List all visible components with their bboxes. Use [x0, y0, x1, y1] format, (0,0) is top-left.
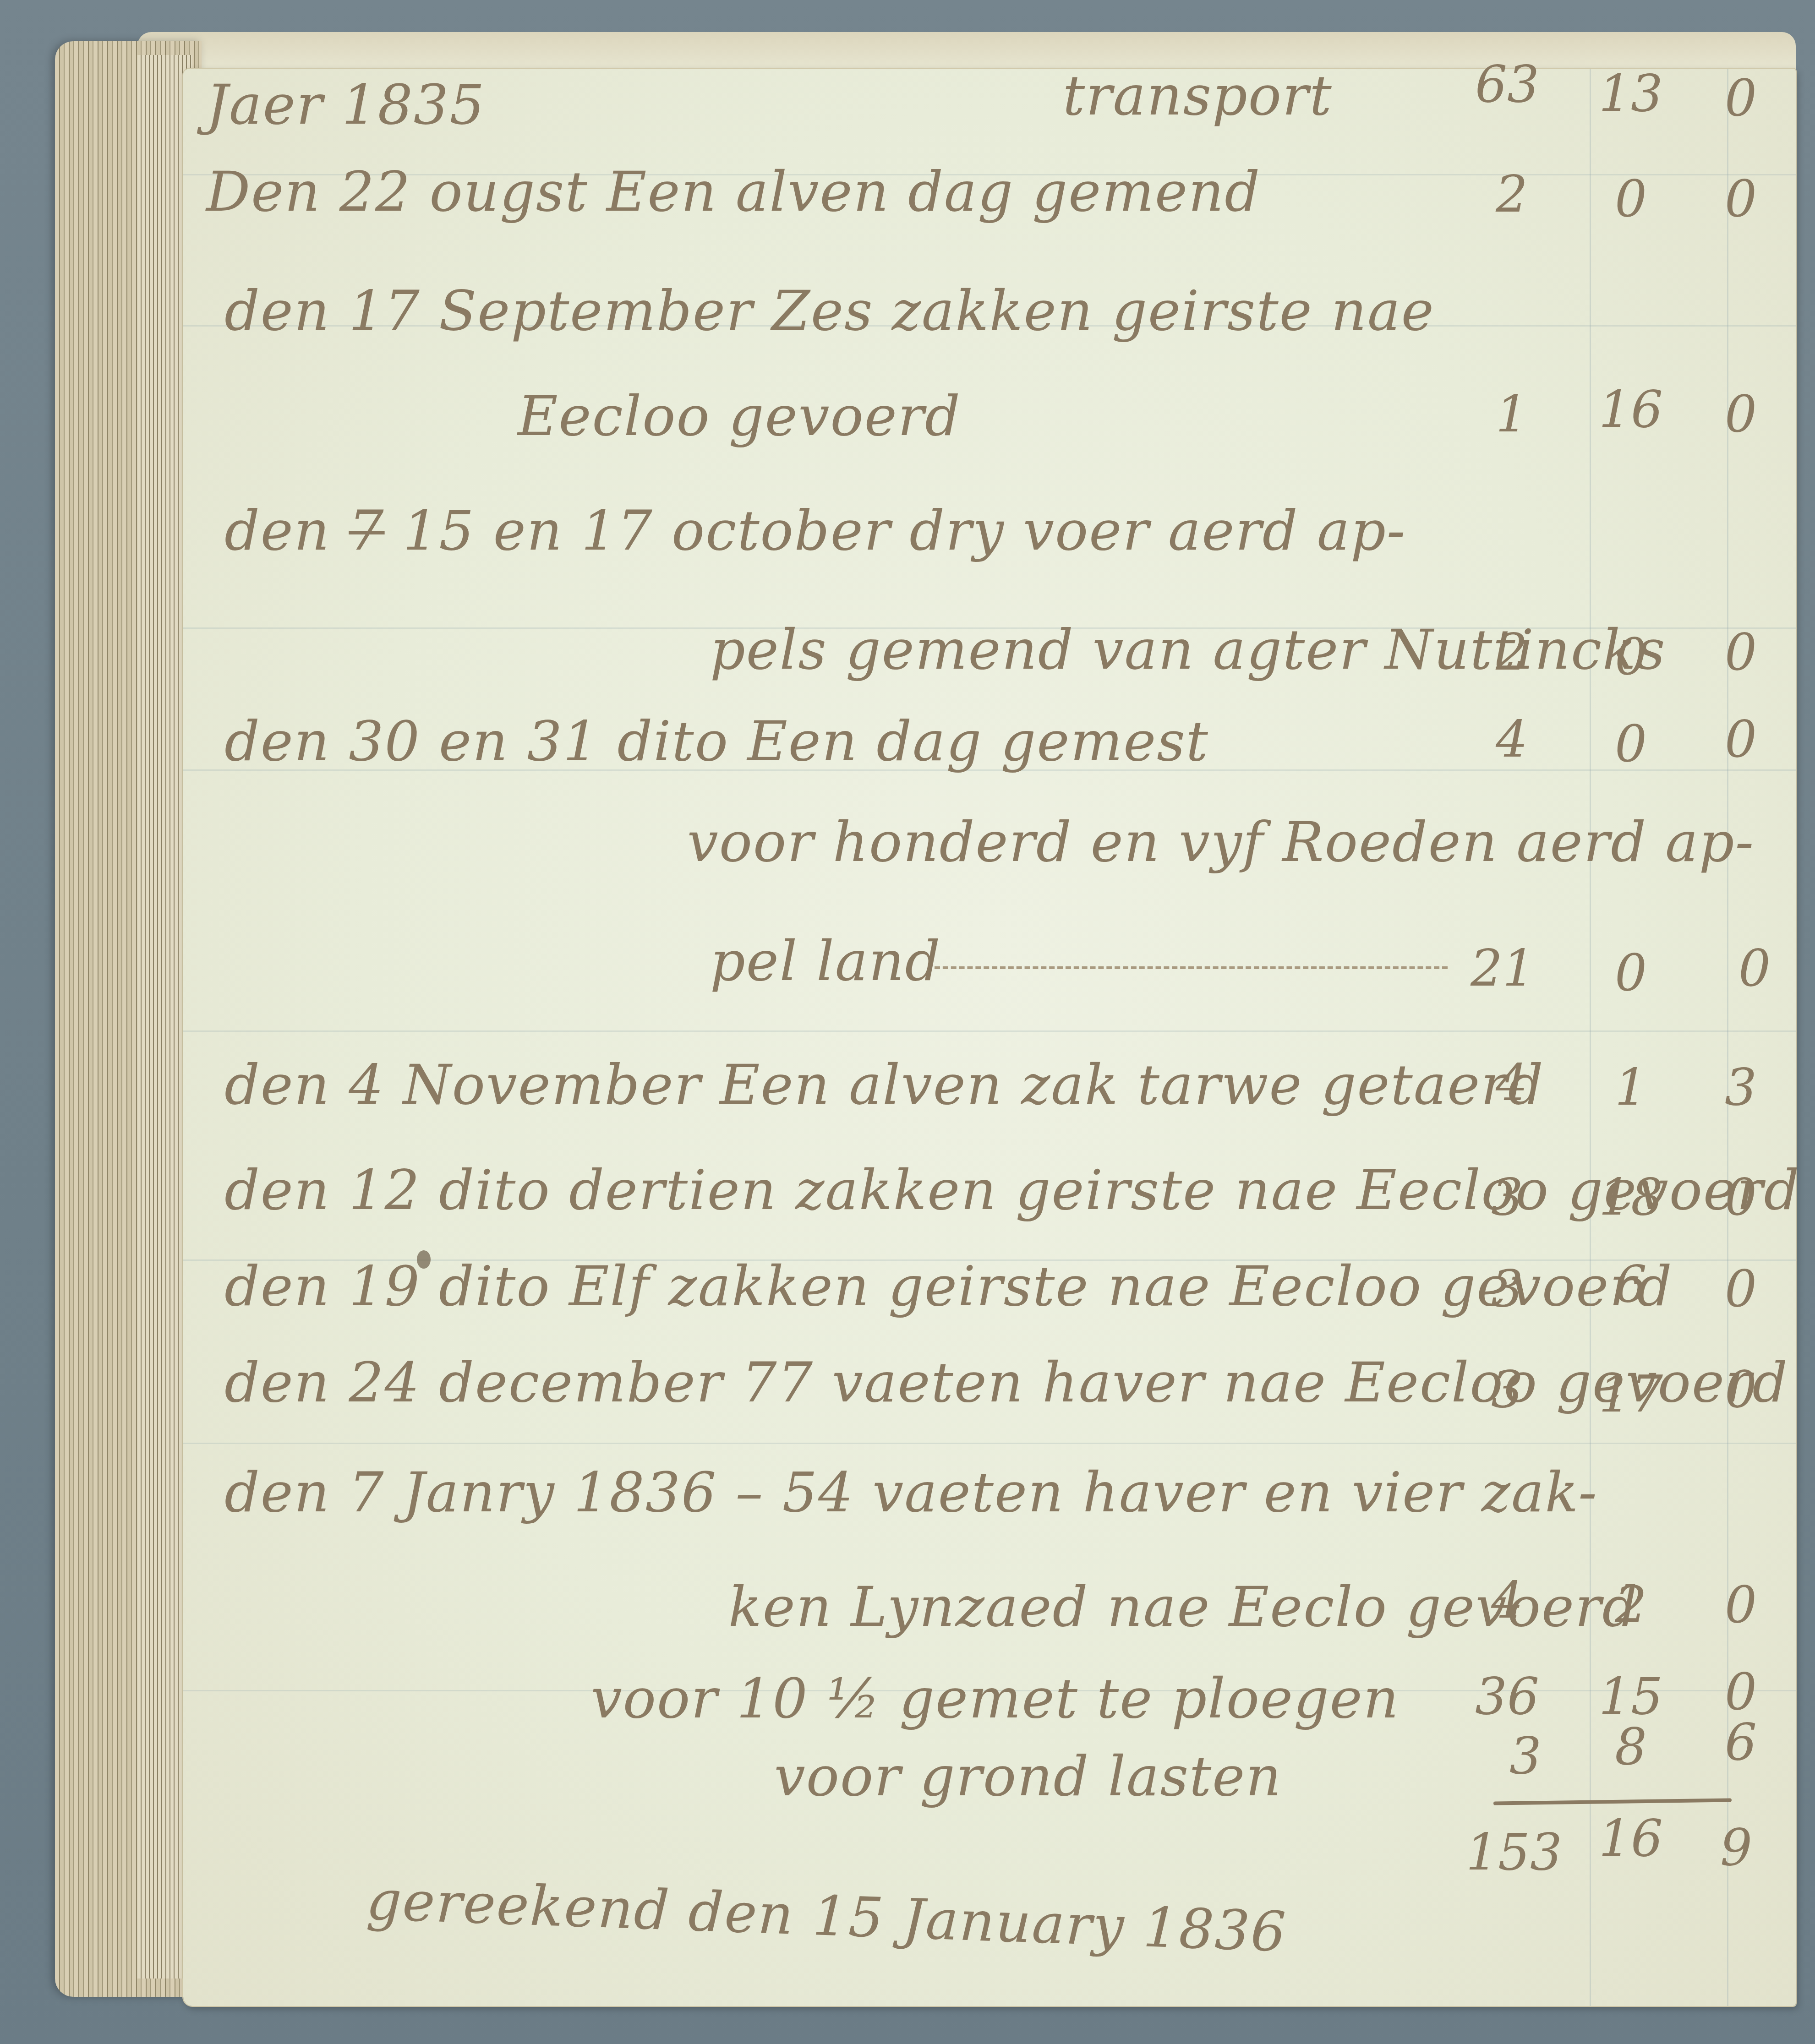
- entry-text: voor grond lasten: [774, 1745, 1282, 1809]
- amount-groot: 6: [1695, 1713, 1787, 1771]
- amount-groot: 0: [1695, 1575, 1787, 1634]
- entry-text: den 7 Janry 1836 – 54 vaeten haver en vi…: [224, 1461, 1598, 1525]
- amount-pond: 2: [1466, 623, 1558, 681]
- entry-text: voor honderd en vyf Roeden aerd ap-: [687, 811, 1755, 874]
- amount-pond: 3: [1461, 1259, 1553, 1318]
- amount-schelling: 18: [1585, 1168, 1677, 1226]
- amount-schelling: 0: [1585, 627, 1677, 686]
- entry-text: voor 10 ½ gemet te ploegen: [591, 1667, 1400, 1731]
- ledger-page: Jaer 1835 transport 63 13 0 Den 22 ougst…: [183, 69, 1796, 2006]
- amount-pond: 36: [1461, 1667, 1553, 1726]
- amount-groot: 0: [1695, 1259, 1787, 1318]
- amount-groot: 3: [1695, 1058, 1787, 1117]
- sum-underline: [1493, 1798, 1732, 1805]
- total-schelling: 16: [1585, 1809, 1677, 1868]
- entry-text: den 4 November Een alven zak tarwe getae…: [224, 1053, 1544, 1117]
- total-pond: 153: [1466, 1823, 1558, 1881]
- ruled-line: [183, 1443, 1796, 1444]
- ink-blot: [417, 1250, 431, 1269]
- entry-text: 15 en 17 october dry voer aerd ap-: [403, 499, 1406, 563]
- entry-text: Den 22 ougst Een alven dag gemend: [206, 160, 1261, 224]
- amount-groot: 0: [1709, 939, 1800, 997]
- struck-out-text: 7: [349, 499, 384, 563]
- amount-groot: 0: [1695, 1662, 1787, 1721]
- amount-pond: 21: [1457, 939, 1548, 997]
- amount-pond: 4: [1466, 710, 1558, 769]
- amount-groot: 0: [1695, 385, 1787, 443]
- amount-pond: 4: [1461, 1571, 1553, 1630]
- amount-schelling: 1: [1585, 1058, 1677, 1117]
- scan-background: Jaer 1835 transport 63 13 0 Den 22 ougst…: [0, 0, 1815, 2044]
- reckoned-date-line: gereekend den 15 January 1836: [366, 1869, 1288, 1964]
- amount-groot: 0: [1695, 1360, 1787, 1419]
- entry-text: den 12 dito dertien zakken geirste nae E…: [224, 1159, 1800, 1222]
- total-groot: 9: [1690, 1818, 1782, 1877]
- ruled-line: [183, 1030, 1796, 1032]
- amount-schelling: 0: [1585, 943, 1677, 1002]
- entry-text-group: den 7 15 en 17 october dry voer aerd ap-: [224, 499, 1406, 563]
- transport-label: transport: [1063, 64, 1333, 128]
- amount-pond: 4: [1466, 1053, 1558, 1112]
- amount-schelling: 8: [1585, 1717, 1677, 1776]
- amount-groot: 0: [1695, 1168, 1787, 1226]
- amount-groot: 0: [1695, 710, 1787, 769]
- amount-pond: 2: [1466, 165, 1558, 223]
- amount-schelling: 0: [1585, 714, 1677, 773]
- entry-text-continued: pel land: [710, 930, 941, 993]
- amount-schelling: 15: [1585, 1667, 1677, 1726]
- amount-schelling: 17: [1585, 1365, 1677, 1423]
- amount-schelling: 13: [1585, 64, 1677, 123]
- amount-pond: 3: [1461, 1360, 1553, 1419]
- amount-pond: 3: [1480, 1727, 1571, 1785]
- entry-text: den 19 dito Elf zakken geirste nae Eeclo…: [224, 1255, 1673, 1319]
- amount-schelling: 16: [1585, 380, 1677, 439]
- entry-text: den 30 en 31 dito Een dag gemest: [224, 710, 1209, 774]
- amount-groot: 0: [1695, 69, 1787, 127]
- amount-pond: 63: [1461, 55, 1553, 114]
- amount-groot: 0: [1695, 623, 1787, 681]
- entry-text: den: [224, 499, 330, 563]
- filler-dash-line: [935, 966, 1448, 969]
- amount-schelling: 0: [1585, 169, 1677, 228]
- year-heading: Jaer 1835: [206, 73, 486, 137]
- amount-groot: 0: [1695, 169, 1787, 228]
- amount-pond: 3: [1461, 1168, 1553, 1226]
- amount-pond: 1: [1466, 385, 1558, 443]
- amount-schelling: 6: [1585, 1255, 1677, 1314]
- entry-text: den 24 december 77 vaeten haver nae Eecl…: [224, 1351, 1788, 1415]
- entry-text: den 17 September Zes zakken geirste nae: [224, 279, 1435, 343]
- entry-text-continued: Eecloo gevoerd: [518, 385, 961, 448]
- amount-schelling: 2: [1585, 1575, 1677, 1634]
